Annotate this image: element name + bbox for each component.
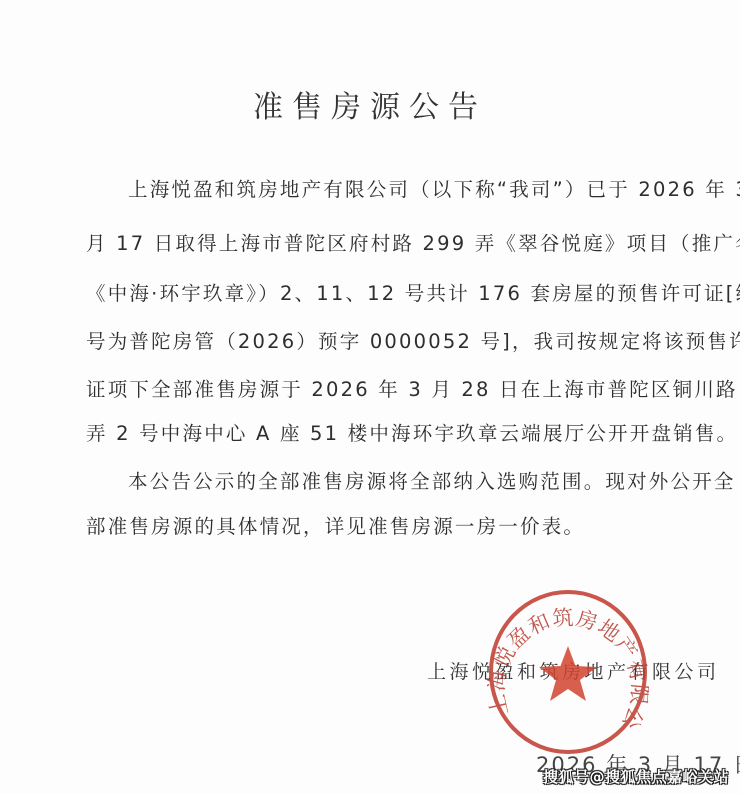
announcement-page: 准售房源公告 上海悦盈和筑房地产有限公司（以下称“我司”）已于 2026 年 3… (0, 0, 740, 794)
paragraph-2-line-1: 本公告公示的全部准售房源将全部纳入选购范围。现对外公开全 (128, 470, 736, 494)
paragraph-1-line-4: 号为普陀房管（2026）预字 0000052 号]，我司按规定将该预售许可 (86, 330, 740, 354)
paragraph-1-line-6: 弄 2 号中海中心 A 座 51 楼中海环宇玖章云端展厅公开开盘销售。 (86, 422, 738, 446)
paragraph-1-line-5: 证项下全部准售房源于 2026 年 3 月 28 日在上海市普陀区铜川路 699 (86, 378, 740, 402)
paragraph-1-line-3: 《中海·环宇玖章》）2、11、12 号共计 176 套房屋的预售许可证[编 (86, 282, 740, 306)
paragraph-1-line-1: 上海悦盈和筑房地产有限公司（以下称“我司”）已于 2026 年 3 (128, 178, 740, 202)
signature-company: 上海悦盈和筑房地产有限公司 (427, 657, 720, 684)
source-watermark: 搜狐号@搜狐焦点嘉峪关站 (543, 766, 729, 787)
paragraph-1-line-2: 月 17 日取得上海市普陀区府村路 299 弄《翠谷悦庭》项目（推广名： (86, 232, 740, 256)
document-title: 准售房源公告 (0, 82, 740, 126)
paragraph-2-line-2: 部准售房源的具体情况，详见准售房源一房一价表。 (86, 515, 585, 539)
